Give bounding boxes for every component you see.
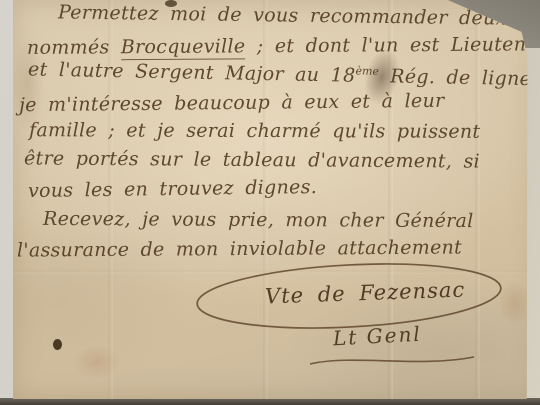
signature-underline-flourish: [308, 352, 478, 372]
photo-bottom-edge: [0, 398, 540, 405]
letter-photograph: { "colors": { "paper": "#d7c5a7", "ink":…: [0, 0, 540, 405]
letter-closing-line-1: Recevez, je vous prie, mon cher Général: [43, 208, 474, 232]
signature-rank: Lt Genl: [332, 322, 422, 351]
ordinal-superscript: ème: [355, 64, 379, 77]
paper-stain: [73, 345, 121, 379]
brocqueville-underlined-name: Brocqueville: [121, 35, 246, 60]
letter-line-2: nommés Brocqueville ; et dont l'un est L…: [27, 33, 540, 59]
line2-post: ; et dont l'un est Lieutenant,: [245, 33, 540, 57]
vertical-fold-crease: [263, 0, 268, 399]
letter-line-7: vous les en trouvez dignes.: [28, 176, 317, 202]
letter-line-5: famille ; et je serai charmé qu'ils puis…: [29, 119, 480, 143]
line2-pre: nommés: [27, 36, 121, 59]
letter-paper: Permettez moi de vous recommander deux f…: [13, 0, 540, 399]
ink-blot: [53, 339, 62, 350]
vertical-fold-crease: [475, 0, 480, 399]
letter-line-4: je m'intéresse beaucoup à eux et à leur: [19, 90, 445, 116]
line3-post: Rég. de ligne.: [379, 65, 538, 90]
line3-pre: et l'autre Sergent Major au 18: [28, 58, 356, 86]
letter-line-6: être portés sur le tableau d'avancement,…: [24, 147, 480, 172]
letter-line-3: et l'autre Sergent Major au 18ème Rég. d…: [28, 58, 538, 90]
